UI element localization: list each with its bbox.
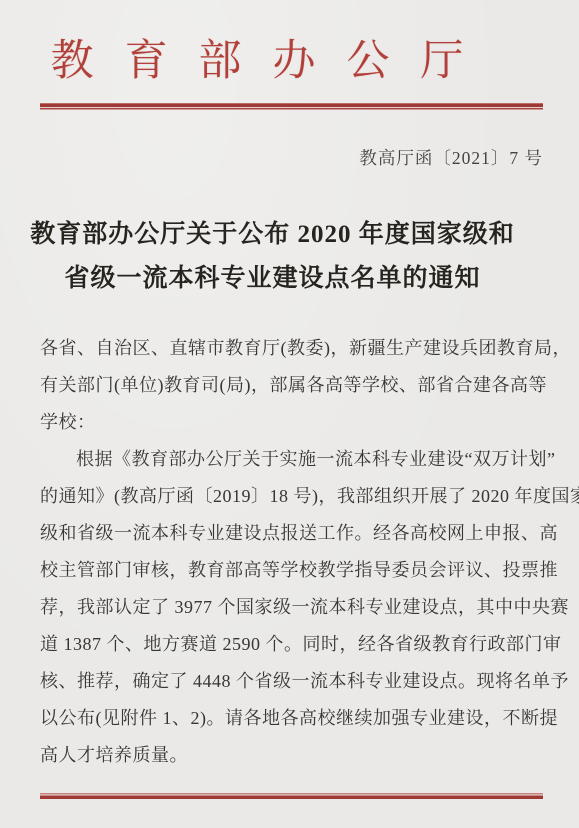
body-line: 的通知》(教高厅函〔2019〕18 号)，我部组织开展了 2020 年度国家 — [40, 478, 543, 515]
recipient-line: 各省、自治区、直辖市教育厅(教委)，新疆生产建设兵团教育局， — [40, 330, 543, 367]
body-line: 高人才培养质量。 — [40, 737, 543, 774]
document-number: 教高厅函〔2021〕7 号 — [359, 146, 543, 170]
recipient-line: 有关部门(单位)教育司(局)，部属各高等学校、部省合建各高等 — [40, 367, 543, 404]
body-line: 级和省级一流本科专业建设点报送工作。经各高校网上申报、高 — [40, 515, 543, 552]
document-header-org-title: 教育部办公厅 — [0, 38, 545, 86]
recipient-line: 学校： — [40, 404, 543, 441]
body-line: 核、推荐，确定了 4448 个省级一流本科专业建设点。现将名单予 — [40, 663, 543, 700]
body-line: 校主管部门审核，教育部高等学校教学指导委员会评议、投票推 — [40, 552, 543, 589]
document-title-line-2: 省级一流本科专业建设点名单的通知 — [0, 257, 545, 301]
body-line: 道 1387 个、地方赛道 2590 个。同时，经各省级教育行政部门审 — [40, 626, 543, 663]
header-divider-line — [40, 103, 543, 110]
body-line: 以公布(见附件 1、2)。请各地各高校继续加强专业建设，不断提 — [40, 700, 543, 737]
document-body: 各省、自治区、直辖市教育厅(教委)，新疆生产建设兵团教育局， 有关部门(单位)教… — [40, 330, 543, 774]
document-title-line-1: 教育部办公厅关于公布 2020 年度国家级和 — [0, 213, 545, 257]
document-page: 教育部办公厅 教高厅函〔2021〕7 号 教育部办公厅关于公布 2020 年度国… — [0, 0, 579, 828]
document-title: 教育部办公厅关于公布 2020 年度国家级和 省级一流本科专业建设点名单的通知 — [0, 213, 545, 301]
body-line: 根据《教育部办公厅关于实施一流本科专业建设“双万计划” — [40, 441, 543, 478]
body-line: 荐，我部认定了 3977 个国家级一流本科专业建设点，其中中央赛 — [40, 589, 543, 626]
footer-divider-line — [40, 793, 543, 800]
